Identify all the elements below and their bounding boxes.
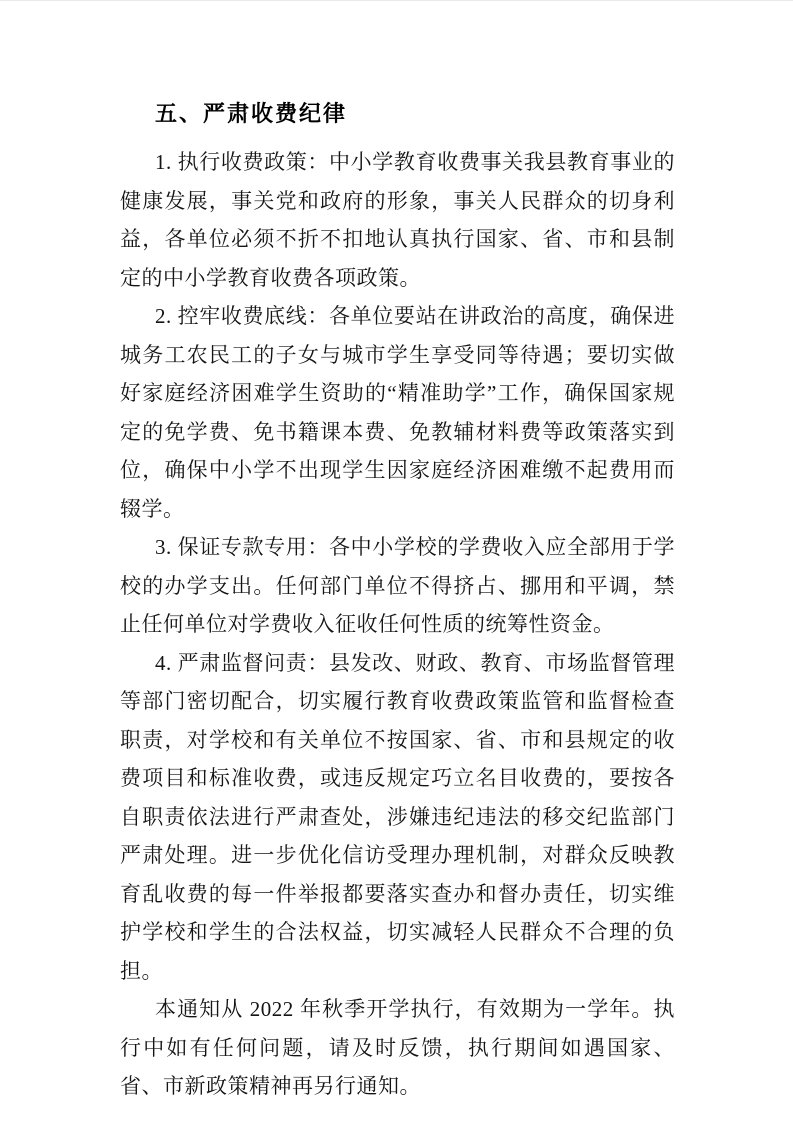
paragraph-supervision-accountability: 4. 严肃监督问责：县发改、财政、教育、市场监督管理等部门密切配合，切实履行教育… (120, 644, 675, 991)
paragraph-fee-policy: 1. 执行收费政策：中小学教育收费事关我县教育事业的健康发展，事关党和政府的形象… (120, 143, 675, 297)
section-heading: 五、严肃收费纪律 (155, 97, 675, 131)
paragraph-fee-bottom-line: 2. 控牢收费底线：各单位要站在讲政治的高度，确保进城务工农民工的子女与城市学生… (120, 297, 675, 528)
document-page: 五、严肃收费纪律 1. 执行收费政策：中小学教育收费事关我县教育事业的健康发展，… (0, 0, 793, 1122)
paragraph-earmarked-funds: 3. 保证专款专用：各中小学校的学费收入应全部用于学校的办学支出。任何部门单位不… (120, 528, 675, 644)
paragraph-effective-period: 本通知从 2022 年秋季开学执行，有效期为一学年。执行中如有任何问题，请及时反… (120, 990, 675, 1106)
